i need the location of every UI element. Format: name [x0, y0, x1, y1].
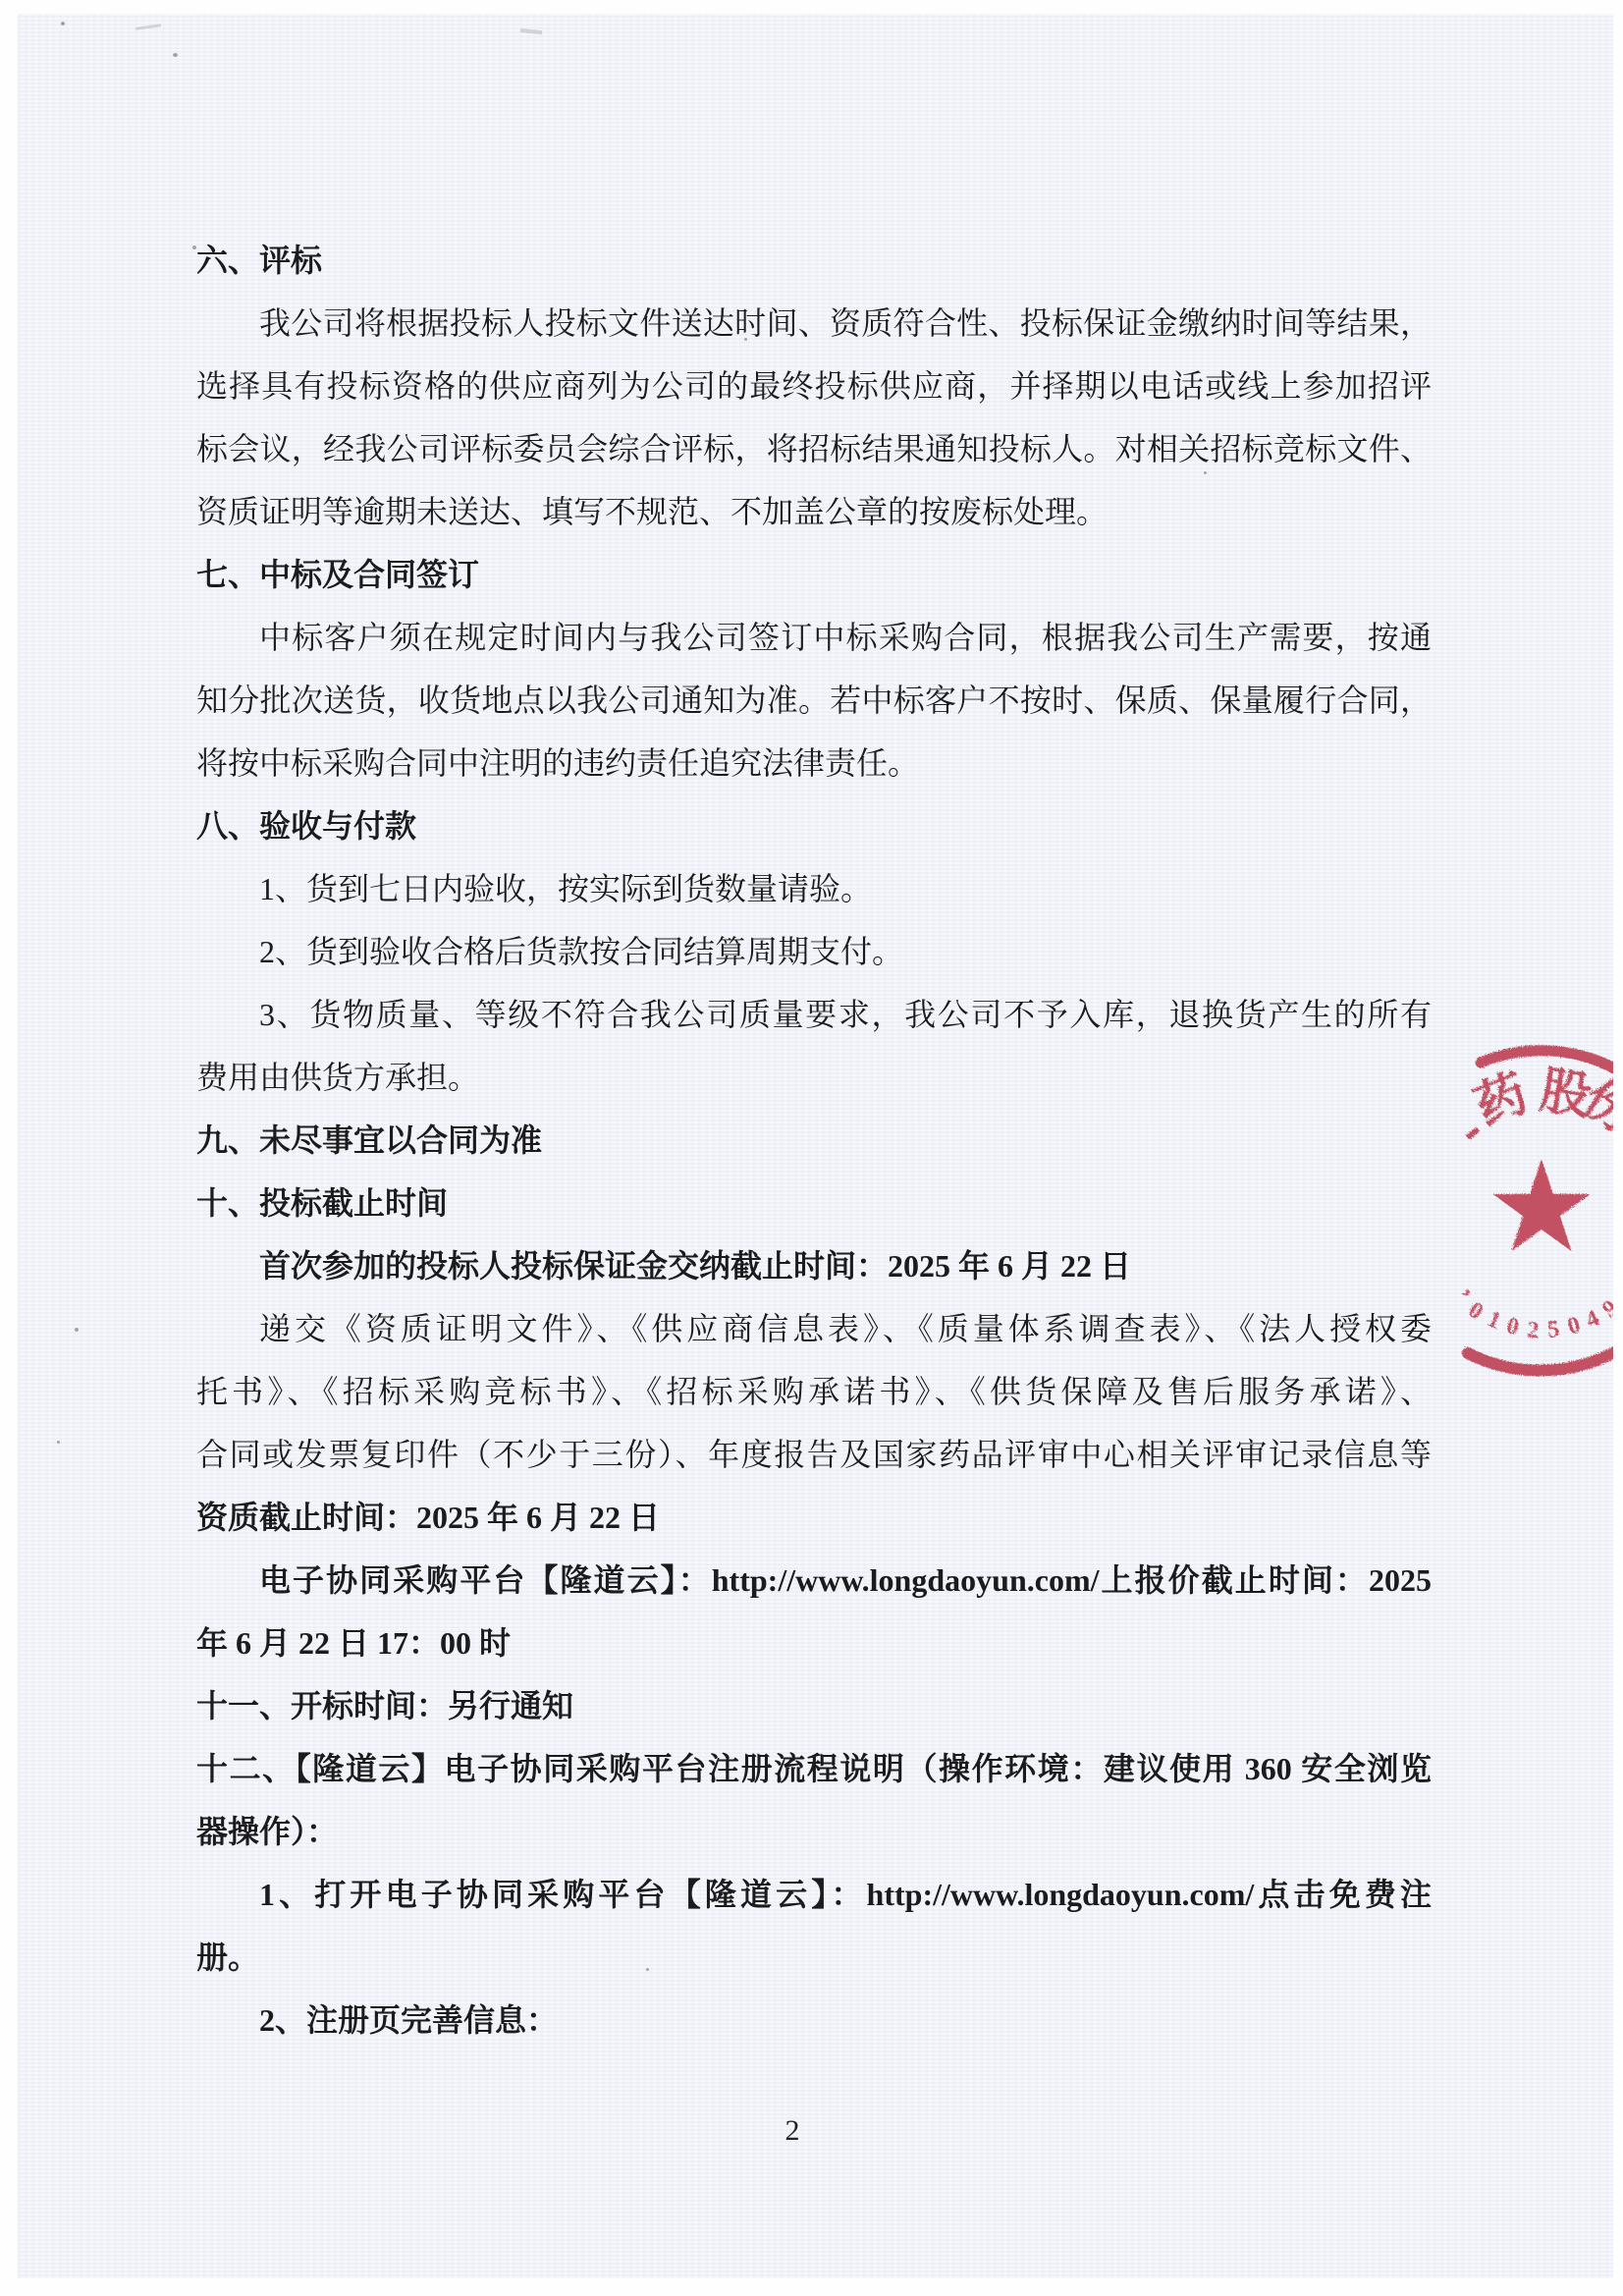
text-line: 我公司将根据投标人投标文件送达时间、资质符合性、投标保证金缴纳时间等结果，	[196, 292, 1432, 355]
text-line: 知分批次送货，收货地点以我公司通知为准。若中标客户不按时、保质、保量履行合同，	[196, 669, 1432, 732]
seal-serial-digit: 5	[1546, 1316, 1561, 1342]
text-line: 选择具有投标资格的供应商列为公司的最终投标供应商，并择期以电话或线上参加招评	[196, 355, 1432, 417]
scan-smudge	[135, 24, 161, 30]
text-line: 将按中标采购合同中注明的违约责任追究法律责任。	[196, 732, 1432, 794]
scan-speck	[61, 22, 65, 26]
text-line: 十、投标截止时间	[196, 1172, 1432, 1234]
text-line: 标会议，经我公司评标委员会综合评标，将招标结果通知投标人。对相关招标竞标文件、	[196, 417, 1432, 480]
text-line: 六、评标	[196, 229, 1432, 292]
seal-serial-digit: 9	[1598, 1295, 1613, 1323]
seal-serial-digit: 0	[1504, 1313, 1522, 1340]
text-line: 资质截止时间：2025 年 6 月 22 日	[196, 1486, 1432, 1549]
company-seal-stamp: 药 股 份 ’ 0 1 0 2 5 0 4 9	[1360, 1036, 1613, 1386]
seal-serial-digit: 2	[1527, 1318, 1541, 1344]
text-line: 九、未尽事宜以合同为准	[196, 1109, 1432, 1172]
text-line: 递交《资质证明文件》、《供应商信息表》、《质量体系调查表》、《法人授权委	[196, 1297, 1432, 1360]
text-line: 2、注册页完善信息：	[196, 1989, 1432, 2051]
seal-arc-text-char: 药	[1467, 1065, 1536, 1136]
seal-serial-digit: 4	[1582, 1305, 1603, 1334]
text-line: 器操作）：	[196, 1800, 1432, 1863]
text-line: 十一、开标时间：另行通知	[196, 1674, 1432, 1737]
text-line: 七、中标及合同签订	[196, 543, 1432, 606]
document-page: 六、评标我公司将根据投标人投标文件送达时间、资质符合性、投标保证金缴纳时间等结果…	[18, 14, 1613, 2278]
text-line: 托书》、《招标采购竞标书》、《招标采购承诺书》、《供货保障及售后服务承诺》、	[196, 1360, 1432, 1423]
text-line: 3、货物质量、等级不符合我公司质量要求，我公司不予入库，退换货产生的所有	[196, 983, 1432, 1046]
text-line: 中标客户须在规定时间内与我公司签订中标采购合同，根据我公司生产需要，按通	[196, 606, 1432, 669]
scan-speck	[173, 53, 178, 57]
seal-star-icon	[1493, 1159, 1591, 1251]
scan-smudge	[520, 28, 542, 34]
text-line: 合同或发票复印件（不少于三份）、年度报告及国家药品评审中心相关评审记录信息等	[196, 1423, 1432, 1486]
scan-speck	[57, 1441, 60, 1444]
seal-serial-digit: 1	[1484, 1306, 1504, 1335]
text-line: 资质证明等逾期未送达、填写不规范、不加盖公章的按废标处理。	[196, 480, 1432, 543]
text-line: 首次参加的投标人投标保证金交纳截止时间：2025 年 6 月 22 日	[196, 1234, 1432, 1297]
document-body: 六、评标我公司将根据投标人投标文件送达时间、资质符合性、投标保证金缴纳时间等结果…	[196, 229, 1432, 2051]
text-line: 1、货到七日内验收，按实际到货数量请验。	[196, 857, 1432, 920]
text-line: 2、货到验收合格后货款按合同结算周期支付。	[196, 920, 1432, 983]
text-line: 年 6 月 22 日 17：00 时	[196, 1612, 1432, 1674]
text-line: 册。	[196, 1926, 1432, 1989]
scan-speck	[75, 1328, 79, 1332]
text-line: 费用由供货方承担。	[196, 1046, 1432, 1109]
text-line: 1、打开电子协同采购平台【隆道云】：http://www.longdaoyun.…	[196, 1863, 1432, 1926]
seal-cut-mark	[1466, 1126, 1481, 1140]
page-number: 2	[175, 2109, 1410, 2153]
seal-serial-digit: 0	[1464, 1297, 1488, 1325]
seal-serial-digit: 0	[1565, 1312, 1584, 1339]
text-line: 十二、【隆道云】电子协同采购平台注册流程说明（操作环境：建议使用 360 安全浏…	[196, 1737, 1432, 1800]
text-line: 八、验收与付款	[196, 794, 1432, 857]
text-line: 电子协同采购平台【隆道云】：http://www.longdaoyun.com/…	[196, 1549, 1432, 1612]
